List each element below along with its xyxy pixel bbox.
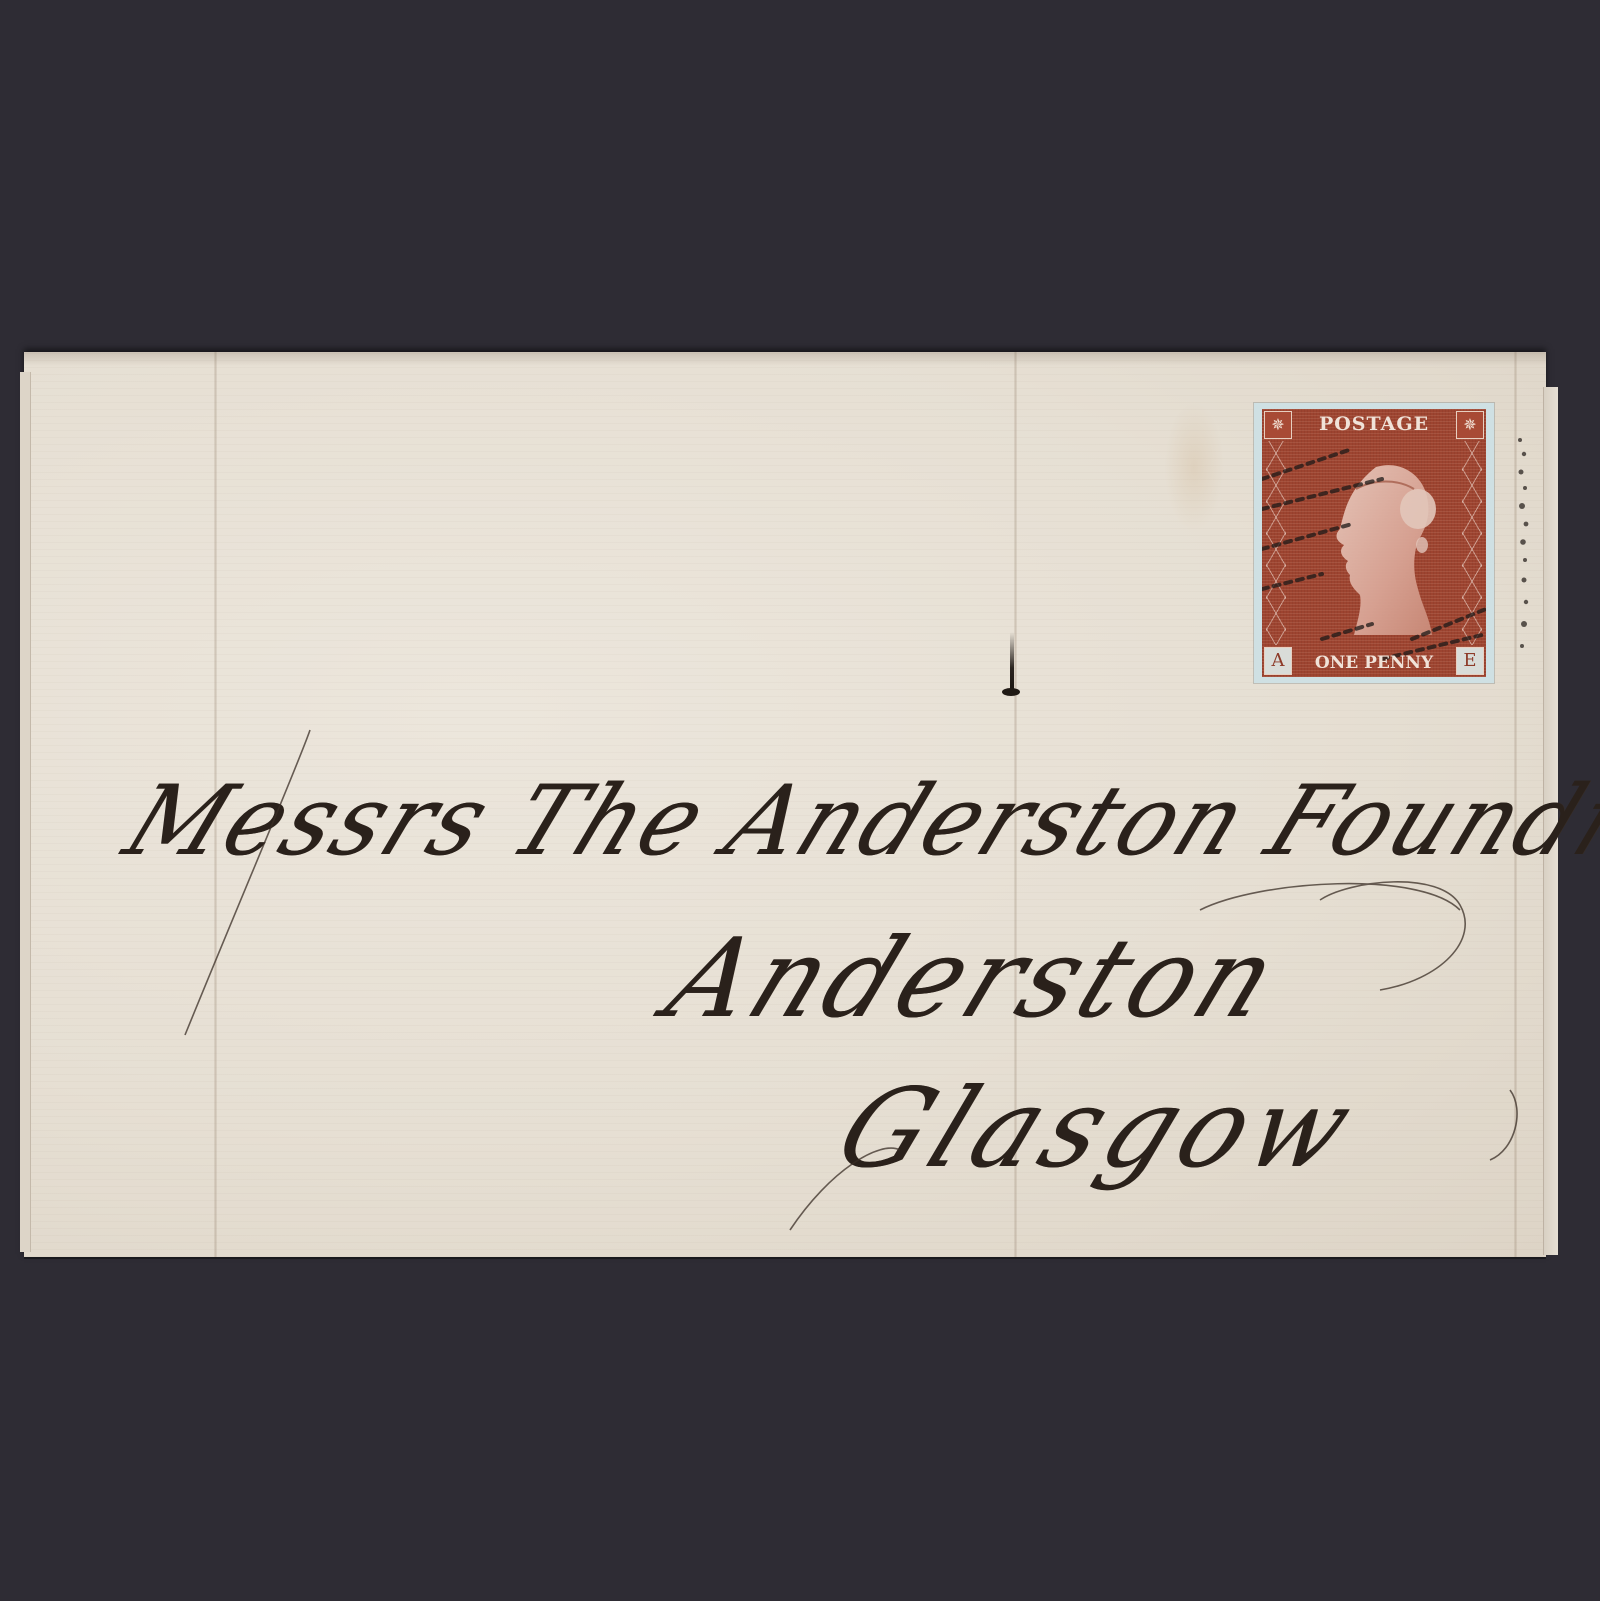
cover-photograph: ✵ ✵ POSTAGE [0,0,1600,1601]
stamp-value-heading: POSTAGE [1296,413,1452,435]
penny-red-stamp: ✵ ✵ POSTAGE [1254,403,1494,683]
star-ornament-icon: ✵ [1456,411,1484,439]
queen-head-profile-icon [1314,449,1444,639]
left-flap-edge [20,372,31,1252]
stamp-lattice-border [1266,441,1286,645]
fold-crease [214,352,217,1257]
stamp-value-label: ONE PENNY [1292,653,1456,673]
stamp-design: ✵ ✵ POSTAGE [1262,409,1486,677]
paper-stain [1164,402,1224,532]
star-ornament-icon: ✵ [1264,411,1292,439]
fold-crease [1014,352,1017,1257]
stamp-lattice-border [1462,441,1482,645]
corner-letter-left: A [1264,647,1292,675]
ink-blot [1010,632,1014,692]
postmark-partial-icon [1512,420,1532,660]
corner-letter-right: E [1456,647,1484,675]
right-flap-edge [1543,387,1558,1255]
